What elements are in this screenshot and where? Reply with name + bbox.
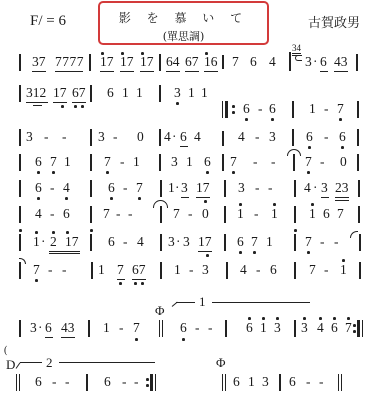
barline — [358, 180, 360, 197]
barline — [90, 234, 92, 251]
key-signature: F/ = 6 — [30, 13, 66, 30]
barline — [357, 101, 359, 118]
barline — [226, 262, 228, 279]
low-dot — [239, 251, 242, 254]
low-dot — [206, 171, 209, 174]
rest-dash: - — [254, 206, 259, 222]
barline — [222, 131, 224, 146]
high-dot — [276, 317, 279, 320]
note: 3 — [183, 234, 190, 250]
note: 6 — [237, 234, 244, 250]
barline — [89, 54, 91, 71]
note: 1 — [309, 206, 316, 222]
note: 1 — [266, 234, 273, 250]
final-double-barline — [338, 374, 342, 391]
repeat-dot — [146, 384, 149, 387]
barline — [90, 206, 92, 223]
high-dot — [311, 203, 314, 206]
note: 6 — [339, 129, 346, 145]
note: 1 — [133, 154, 140, 170]
underline-double — [335, 200, 349, 201]
note: 6 — [204, 154, 211, 170]
barline — [86, 374, 88, 391]
rest-dash: - — [44, 129, 49, 145]
volta-bracket — [212, 302, 310, 303]
note: 6 — [269, 101, 276, 117]
underline — [204, 71, 218, 72]
low-dot — [110, 197, 113, 200]
note-group: 16 — [204, 54, 218, 70]
note-group: 17 — [140, 54, 154, 70]
rest-dash: - — [255, 180, 260, 196]
note: 0 — [340, 154, 347, 170]
rest-dash: - — [256, 262, 261, 278]
rest-dash: - — [324, 129, 329, 145]
barline — [225, 320, 227, 337]
barline — [91, 262, 93, 279]
rest-dash: - — [120, 154, 125, 170]
note: 4 — [317, 320, 324, 336]
score-line-3: 3 - - 3 - 0 4 · 6 4 4 - 3 6 - 6 — [0, 127, 385, 149]
note: 7 — [230, 154, 237, 170]
note: 1 — [248, 374, 255, 390]
low-dot — [37, 171, 40, 174]
underline — [292, 53, 301, 54]
note: 3 — [262, 374, 269, 390]
rest-dash: - — [324, 262, 329, 278]
note: 7 — [50, 154, 57, 170]
high-dot — [333, 317, 336, 320]
repeat-end-barline — [150, 374, 156, 391]
note: 3 — [321, 180, 328, 196]
score-line-5: 6 - 4 6 - 7 1 · 3 17 3 - - 4 · 3 23 — [0, 178, 385, 200]
barline — [292, 101, 294, 118]
coda-symbol: Φ — [155, 303, 165, 319]
volta-1-label: 1 — [199, 294, 206, 310]
note-group: 7777 — [55, 54, 84, 70]
note: 3 — [269, 129, 276, 145]
note: 1 — [340, 262, 347, 278]
note: 2 — [50, 234, 57, 250]
low-dot — [52, 171, 55, 174]
underline — [49, 251, 80, 252]
rest-dash: - — [306, 374, 311, 390]
note: 0 — [137, 129, 144, 145]
note: 6 — [108, 234, 115, 250]
note: 6 — [270, 262, 277, 278]
note: 6 — [63, 206, 70, 222]
note: 1 — [174, 262, 181, 278]
underline — [61, 337, 75, 338]
note: 6 — [180, 320, 187, 336]
underline — [132, 279, 146, 280]
low-dot — [232, 171, 235, 174]
barline — [19, 234, 21, 251]
high-dot — [19, 229, 22, 232]
high-dot — [303, 317, 306, 320]
barline — [359, 234, 361, 251]
low-dot — [253, 251, 256, 254]
underline — [45, 337, 53, 338]
rest-dash: - — [324, 101, 329, 117]
underline — [320, 71, 328, 72]
note: 7 — [173, 206, 180, 222]
low-dot — [65, 197, 68, 200]
rest-dash: - — [50, 206, 55, 222]
underline — [198, 251, 212, 252]
repeat-start-barline — [222, 101, 228, 118]
volta-2-label: 2 — [46, 355, 53, 371]
high-dot — [35, 231, 38, 234]
note: 4 — [63, 180, 70, 196]
repeat-dot — [232, 111, 235, 114]
rest-dash: - — [188, 206, 193, 222]
note: 4 — [269, 54, 276, 70]
rest-dash: - — [208, 320, 213, 336]
note-group: 17 — [196, 180, 210, 196]
underline — [196, 197, 210, 198]
underline — [166, 71, 180, 72]
low-dot — [138, 197, 141, 200]
note: 6 — [35, 180, 42, 196]
note-group: 17 — [65, 234, 79, 250]
volta-bracket — [176, 302, 195, 303]
note: 7 — [117, 262, 124, 278]
barline — [294, 320, 296, 337]
score-line-9: 3 · 6 43 1 - 7 6 - - 6 1 3 3 4 6 7 — [0, 318, 385, 340]
note: 6 — [35, 374, 42, 390]
low-dot — [119, 282, 122, 285]
note: 4 — [304, 180, 311, 196]
barline — [294, 234, 296, 251]
rest-dash: - — [334, 234, 339, 250]
note: 1 — [103, 320, 110, 336]
note-group: 64 — [166, 54, 180, 70]
underline — [181, 197, 189, 198]
barline — [159, 154, 161, 171]
note: 3 — [171, 154, 178, 170]
rest-dash: - — [62, 129, 67, 145]
score-line-2b: 6 - 6 1 - 7 — [0, 99, 385, 121]
low-dot — [141, 282, 144, 285]
note-group: 17 — [100, 54, 114, 70]
low-dot — [341, 146, 344, 149]
tie-start — [350, 231, 358, 238]
dot-extension: · — [176, 234, 181, 250]
note-group: 67 — [132, 262, 146, 278]
barline — [293, 154, 295, 171]
coda-symbol: Φ — [216, 355, 226, 371]
high-dot — [66, 231, 69, 234]
note: 6 — [246, 320, 253, 336]
rest-dash: - — [189, 262, 194, 278]
barline — [160, 234, 162, 251]
title-box: 影 を 慕 い て (單思調) — [98, 1, 269, 45]
note: 3 — [181, 180, 188, 196]
note: 7 — [133, 320, 140, 336]
rest-dash: - — [119, 320, 124, 336]
barline — [19, 262, 21, 279]
note: 1 — [33, 234, 40, 250]
song-subtitle: (單思調) — [100, 28, 267, 44]
repeat-end-barline — [357, 320, 363, 337]
barline — [292, 129, 294, 146]
note: 4 — [137, 234, 144, 250]
barline — [356, 54, 358, 71]
barline — [19, 206, 21, 223]
note-group: 17 — [120, 54, 134, 70]
low-dot — [134, 282, 137, 285]
rest-dash: - — [65, 374, 70, 390]
note-group: 67 — [185, 54, 199, 70]
high-dot — [248, 317, 251, 320]
rest-dash: - — [271, 154, 276, 170]
segno-mark: ( — [4, 345, 7, 356]
dot-extension: · — [175, 180, 180, 196]
low-dot — [206, 254, 209, 257]
dot-extension: · — [313, 180, 318, 196]
low-dot — [106, 171, 109, 174]
rest-dash: - — [122, 374, 127, 390]
note: 1 — [271, 206, 278, 222]
underline-double — [49, 253, 80, 254]
note: 4 — [238, 129, 245, 145]
note: 3 — [301, 320, 308, 336]
dot-extension: · — [38, 320, 43, 336]
high-dot — [273, 203, 276, 206]
note: 3 — [98, 129, 105, 145]
note: 4 — [194, 129, 201, 145]
underline — [32, 71, 46, 72]
high-dot — [205, 52, 208, 55]
note: 7 — [305, 154, 312, 170]
low-dot — [204, 200, 207, 203]
note: 6 — [108, 180, 115, 196]
note: 6 — [104, 374, 111, 390]
note-group: 23 — [335, 180, 349, 196]
low-dot — [37, 197, 40, 200]
note: 1 — [98, 262, 105, 278]
rest-dash: - — [255, 129, 260, 145]
note: 7 — [337, 101, 344, 117]
high-dot — [239, 203, 242, 206]
underline — [140, 71, 154, 72]
volta-bracket-start — [16, 362, 21, 368]
barline — [357, 154, 359, 171]
score-line-4: 6 7 1 7 - 1 3 1 6 7 - - 7 - 0 — [0, 152, 385, 174]
note: 6 — [250, 54, 257, 70]
note: 6 — [45, 320, 52, 336]
rest-dash: - — [52, 374, 57, 390]
barline — [279, 374, 281, 391]
note: 6 — [35, 154, 42, 170]
low-dot — [307, 171, 310, 174]
note: 6 — [233, 374, 240, 390]
rest-dash: - — [320, 154, 325, 170]
volta-bracket — [20, 362, 42, 363]
underline — [55, 71, 83, 72]
underline — [117, 279, 125, 280]
barline — [294, 262, 296, 279]
note: 1 — [237, 206, 244, 222]
note-group: 43 — [334, 54, 348, 70]
barline — [19, 180, 21, 197]
barline — [160, 206, 162, 223]
barline — [224, 180, 226, 197]
dot-extension: · — [313, 54, 318, 70]
underline — [120, 71, 134, 72]
note: 3 — [30, 320, 37, 336]
underline — [185, 71, 199, 72]
high-dot — [262, 317, 265, 320]
score-line-8: 7 - - 1 7 67 1 - 3 4 - 6 7 - 1 — [0, 260, 385, 282]
barline — [19, 129, 21, 146]
high-dot — [347, 317, 350, 320]
barline — [222, 55, 224, 69]
note: 6 — [320, 54, 327, 70]
repeat-dot — [146, 378, 149, 381]
composer: 古賀政男 — [308, 12, 360, 31]
note: 7 — [251, 234, 258, 250]
high-dot — [294, 229, 297, 232]
barline — [224, 206, 226, 223]
note-group: 37 — [32, 54, 46, 70]
low-dot — [35, 279, 38, 282]
barline — [88, 320, 90, 337]
high-dot — [90, 229, 93, 232]
note: 3 — [26, 129, 33, 145]
repeat-dot — [232, 105, 235, 108]
note: 1 — [168, 180, 175, 196]
barline — [160, 262, 162, 279]
note: 7 — [345, 320, 352, 336]
barline — [159, 54, 161, 71]
high-dot — [141, 52, 144, 55]
barline — [294, 206, 296, 223]
low-dot — [245, 118, 248, 121]
barline — [19, 320, 21, 337]
underline — [100, 71, 114, 72]
double-barline — [159, 320, 163, 337]
note: 7 — [136, 180, 143, 196]
repeat-dot — [353, 330, 356, 333]
note: 7 — [232, 54, 239, 70]
dot-extension: · — [172, 129, 177, 145]
note: 3 — [168, 234, 175, 250]
note: 0 — [202, 206, 209, 222]
underline — [335, 197, 349, 198]
note: 1 — [309, 101, 316, 117]
rest-dash: - — [258, 101, 263, 117]
rest-dash: - — [123, 234, 128, 250]
rest-dash: - — [134, 374, 139, 390]
rest-dash: - — [195, 320, 200, 336]
note: 7 — [337, 206, 344, 222]
double-barline — [222, 374, 226, 391]
rest-dash: - — [320, 234, 325, 250]
note: 7 — [103, 206, 110, 222]
barline — [294, 180, 296, 197]
rest-dash: - — [48, 262, 53, 278]
grace-slur — [295, 55, 302, 61]
rest-dash: - — [268, 180, 273, 196]
barline — [159, 129, 161, 146]
grace-note: 34 — [292, 43, 301, 53]
note: 4 — [240, 262, 247, 278]
note: 3 — [238, 180, 245, 196]
note: 6 — [180, 129, 187, 145]
note: 6 — [323, 206, 330, 222]
rest-dash: - — [319, 374, 324, 390]
barline — [90, 129, 92, 146]
underline — [334, 71, 348, 72]
low-dot — [135, 338, 138, 341]
note-group: 43 — [61, 320, 75, 336]
barline — [19, 154, 21, 171]
rest-dash: - — [116, 206, 121, 222]
note: 1 — [186, 154, 193, 170]
score-line-6: 4 - 6 7 - - 7 - 0 1 - 1 1 6 7 — [0, 204, 385, 226]
note: 1 — [260, 320, 267, 336]
ds-symbol: D — [6, 357, 15, 373]
repeat-dot — [353, 324, 356, 327]
note: 7 — [33, 262, 40, 278]
score-line-10: 6 - - 6 - - 6 1 3 6 - - — [0, 372, 385, 394]
low-dot — [307, 251, 310, 254]
note: 3 — [305, 54, 312, 70]
rest-dash: - — [123, 180, 128, 196]
note: 7 — [309, 262, 316, 278]
volta-bracket — [59, 362, 155, 363]
barline — [160, 180, 162, 197]
high-dot — [319, 317, 322, 320]
note: 6 — [289, 374, 296, 390]
barline — [222, 154, 224, 171]
rest-dash: - — [253, 154, 258, 170]
barline — [289, 52, 291, 71]
underline — [180, 146, 188, 147]
barline — [90, 180, 92, 197]
note: 6 — [243, 101, 250, 117]
note: 3 — [202, 262, 209, 278]
note: 6 — [306, 129, 313, 145]
underline — [321, 197, 329, 198]
barline — [19, 54, 21, 71]
low-dot — [182, 338, 185, 341]
low-dot — [271, 118, 274, 121]
rest-dash: - — [128, 206, 133, 222]
high-dot — [342, 259, 345, 262]
song-title: 影 を 慕 い て — [100, 9, 267, 26]
score-line-7: 1 · 2 17 6 - 4 3 · 3 17 6 7 1 7 - - — [0, 232, 385, 254]
barline — [359, 262, 361, 279]
note: 3 — [274, 320, 281, 336]
score-line-1: 37 7777 17 17 17 64 67 16 7 6 4 34 3 · 6… — [0, 52, 385, 74]
high-dot — [52, 231, 55, 234]
note: 4 — [35, 206, 42, 222]
high-dot — [121, 52, 124, 55]
note: 1 — [64, 154, 71, 170]
note: 7 — [305, 234, 312, 250]
high-dot — [101, 52, 104, 55]
rest-dash: - — [113, 129, 118, 145]
double-barline — [16, 374, 20, 391]
barline — [90, 154, 92, 171]
low-dot — [339, 118, 342, 121]
rest-dash: - — [50, 180, 55, 196]
barline — [224, 234, 226, 251]
note: 7 — [104, 154, 111, 170]
